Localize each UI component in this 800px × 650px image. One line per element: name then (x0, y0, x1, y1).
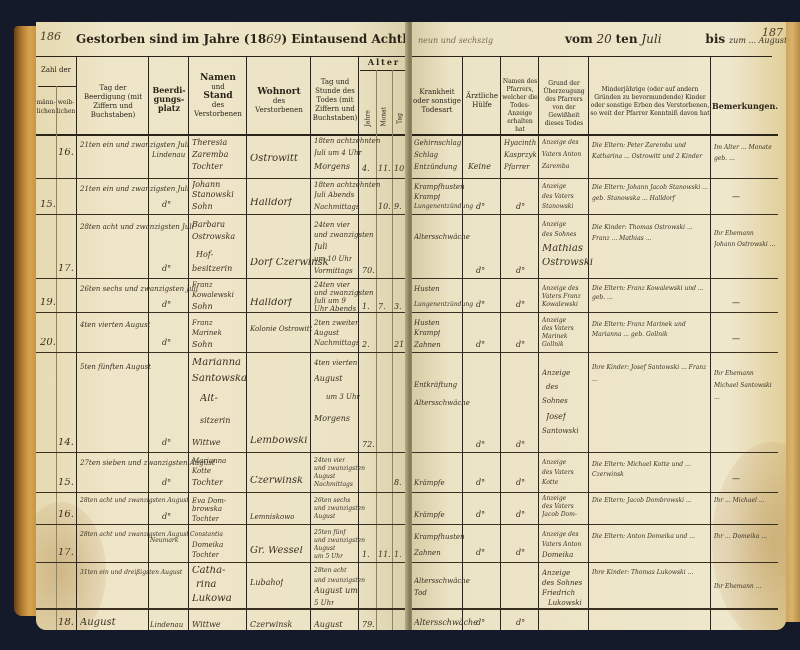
left-page: 186 Gestorben sind im Jahre (1869) Einta… (36, 22, 408, 630)
col-header-age: Alter (360, 58, 408, 67)
col-rule (76, 56, 77, 630)
row-rule (36, 452, 408, 453)
col-header-maennlich: männ-lichen (36, 98, 56, 116)
col-header-weiblich: weib-lichen (56, 98, 76, 116)
water-stain (36, 502, 106, 630)
col-rule (310, 56, 311, 630)
row-rule (412, 492, 778, 493)
row-rule (412, 214, 778, 215)
row-rule (36, 608, 408, 610)
row-rule (36, 352, 408, 353)
col-rule (392, 70, 393, 630)
row-rule (412, 178, 778, 179)
col-header-death-date: Tag und Stunde des Todes (mit Ziffern un… (312, 78, 358, 123)
row-rule (36, 214, 408, 215)
col-rule (538, 56, 539, 630)
col-rule (56, 86, 57, 630)
col-header-residence: Wohnort des Verstorbenen (248, 88, 310, 115)
row-rule (36, 492, 408, 493)
book-edge-right (784, 22, 800, 622)
row-rule (36, 562, 408, 563)
page-title-right: neun und sechszig vom 20 ten Juli bis zu… (418, 32, 786, 46)
col-header-months: Monat (380, 111, 389, 127)
header-bottom-rule (412, 134, 778, 136)
col-rule (710, 56, 711, 630)
age-divider (360, 70, 408, 71)
page-title-left: Gestorben sind im Jahre (1869) Eintausen… (76, 32, 408, 46)
col-header-years: Jahre (364, 111, 373, 127)
left-page-number: 186 (40, 30, 61, 43)
right-page-number: 187 (762, 26, 783, 39)
row-rule (36, 524, 408, 525)
col-header-proof: Grund der Überzeugung des Pfarrers von d… (540, 80, 588, 128)
row-rule (412, 562, 778, 563)
col-rule (588, 56, 589, 630)
row-rule (36, 278, 408, 279)
col-header-name: Namen und Stand des Verstorbenen (190, 74, 246, 119)
col-header-burial-place: Beerdi-gungs-platz (150, 86, 188, 113)
right-page: neun und sechszig vom 20 ten Juli bis zu… (412, 22, 786, 630)
header-top-rule (36, 56, 408, 57)
header-top-rule (412, 56, 772, 57)
col-header-remarks: Bemerkungen. (712, 102, 778, 111)
col-header-doctor: Ärztliche Hülfe (464, 92, 500, 110)
col-rule (462, 56, 463, 630)
col-rule (500, 56, 501, 630)
row-rule (412, 452, 778, 453)
row-rule (412, 352, 778, 353)
col-header-days: Tag (396, 111, 405, 127)
row-rule (412, 524, 778, 525)
col-header-illness: Krankheit oder sonstige Todesart (412, 88, 462, 115)
col-header-heirs: Minderjährige (oder auf andern Gründen z… (590, 86, 710, 118)
row-rule (36, 178, 408, 179)
zahl-divider (38, 86, 76, 87)
row-rule (412, 608, 778, 610)
col-header-zahl: Zahl der (36, 66, 76, 75)
row-rule (412, 312, 778, 313)
col-rule (246, 56, 247, 630)
col-header-pastor: Namen des Pfarrers, welcher die Todes-An… (502, 78, 538, 134)
col-rule (376, 70, 377, 630)
col-header-burial-day: Tag der Beerdigung (mit Ziffern und Buch… (78, 84, 148, 120)
row-rule (412, 278, 778, 279)
